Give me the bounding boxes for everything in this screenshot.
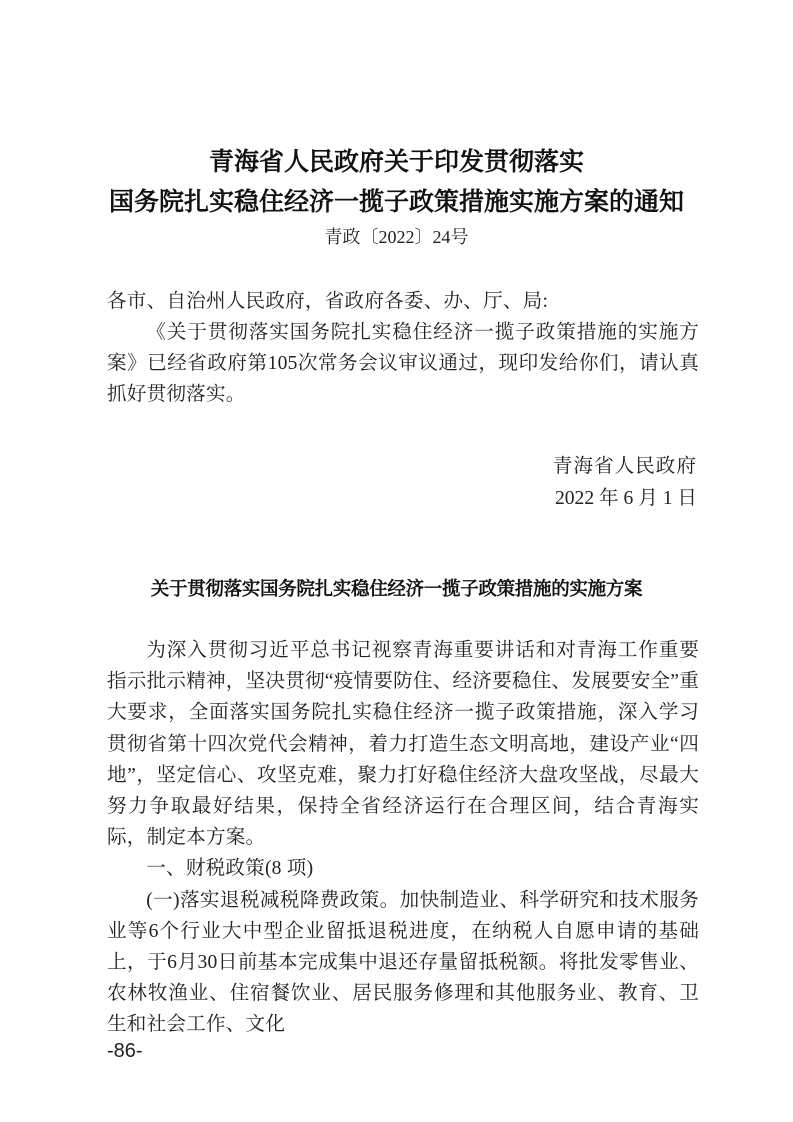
intro-block: 《关于贯彻落实国务院扎实稳住经济一揽子政策措施的实施方案》已经省政府第105次常…: [107, 317, 699, 411]
plan-body: 为深入贯彻习近平总书记视察青海重要讲话和对青海工作重要指示批示精神，坚决贯彻“疫…: [107, 635, 699, 1041]
signature-organization: 青海省人民政府: [553, 449, 697, 478]
policy-paragraph: (一)落实退税减税降费政策。加快制造业、科学研究和技术服务业等6个行业大中型企业…: [107, 885, 699, 1041]
preamble-paragraph: 为深入贯彻习近平总书记视察青海重要讲话和对青海工作重要指示批示精神，坚决贯彻“疫…: [107, 635, 699, 853]
notice-title-line-2: 国务院扎实稳住经济一揽子政策措施实施方案的通知: [0, 182, 793, 218]
section-heading: 一、财税政策(8 项): [107, 853, 699, 884]
signature-date: 2022 年 6 月 1 日: [555, 481, 697, 510]
addressee-text: 各市、自治州人民政府，省政府各委、办、厅、局:: [107, 286, 699, 317]
notice-title-line-1: 青海省人民政府关于印发贯彻落实: [0, 142, 793, 178]
document-number: 青政〔2022〕24号: [0, 223, 793, 249]
intro-paragraph: 《关于贯彻落实国务院扎实稳住经济一揽子政策措施的实施方案》已经省政府第105次常…: [107, 317, 699, 411]
document-page: 青海省人民政府关于印发贯彻落实 国务院扎实稳住经济一揽子政策措施实施方案的通知 …: [0, 0, 793, 1122]
page-number: -86-: [107, 1040, 143, 1063]
plan-title: 关于贯彻落实国务院扎实稳住经济一揽子政策措施的实施方案: [0, 575, 793, 601]
addressee: 各市、自治州人民政府，省政府各委、办、厅、局:: [107, 286, 699, 317]
